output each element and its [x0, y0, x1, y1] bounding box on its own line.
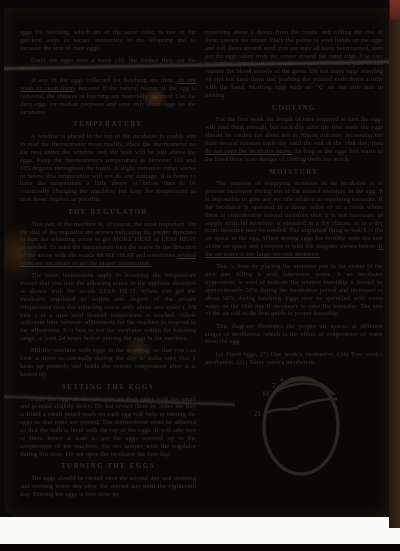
paragraph: eggs for hatching, which are of the same… [20, 29, 196, 53]
section-heading: SETTING THE EGGS [20, 384, 196, 392]
section-heading: MOISTURE [205, 169, 383, 177]
scan-corner-artifact [390, 0, 400, 20]
paragraph: This part of the machine is, of course, … [20, 221, 196, 268]
diagram-label-week2: 14 [262, 390, 270, 398]
paragraph: Don't use eggs over a week old; the fres… [20, 57, 196, 73]
section-heading: TURNING THE EGGS [20, 463, 196, 471]
paragraph: The same instructions apply to lowering … [20, 272, 196, 343]
scanned-document-photo: { "page": { "description": "Scanned incu… [0, 0, 400, 551]
paragraph: removing about a dozen from the center a… [205, 29, 383, 100]
scan-edge-right [389, 0, 400, 528]
paragraph: A window is placed in the top of the inc… [20, 133, 196, 204]
paragraph: Place the eggs in the nest pan on their … [20, 396, 196, 459]
paper-page: eggs for hatching, which are of the same… [4, 8, 389, 517]
paragraph: (a) Fresh eggs; (7) One week's incubatio… [205, 351, 383, 367]
paragraph: If any of the eggs collected for hatchin… [20, 77, 196, 116]
right-column: removing about a dozen from the center a… [205, 29, 383, 503]
air-cell-line-week3 [265, 399, 337, 413]
section-heading: COOLING [205, 105, 383, 113]
left-column: eggs for hatching, which are of the same… [20, 29, 196, 503]
paragraph: The eggs should be turned once the secon… [20, 475, 196, 499]
scan-edge-bottom [0, 544, 400, 551]
section-heading: TEMPERATURE [20, 121, 196, 129]
paragraph: For the first week the length of time re… [205, 116, 383, 163]
scan-backing-strip [0, 517, 400, 544]
section-heading: THE REGULATOR [20, 209, 196, 217]
diagram-label-fresh: a [280, 375, 284, 383]
paragraph: This diagram illustrates the proper air … [205, 323, 383, 347]
egg-air-cell-diagram: a 7 14 21 [241, 372, 383, 478]
paragraph: Fill the machine with eggs in the mornin… [20, 347, 196, 378]
paragraph: The purpose of supplying moisture in an … [205, 180, 383, 258]
diagram-label-week3: 21 [254, 410, 262, 418]
paragraph: This is done by placing the moisture pan… [205, 263, 383, 318]
two-column-text: eggs for hatching, which are of the same… [4, 8, 389, 503]
diagram-label-week1: 7 [272, 382, 276, 390]
